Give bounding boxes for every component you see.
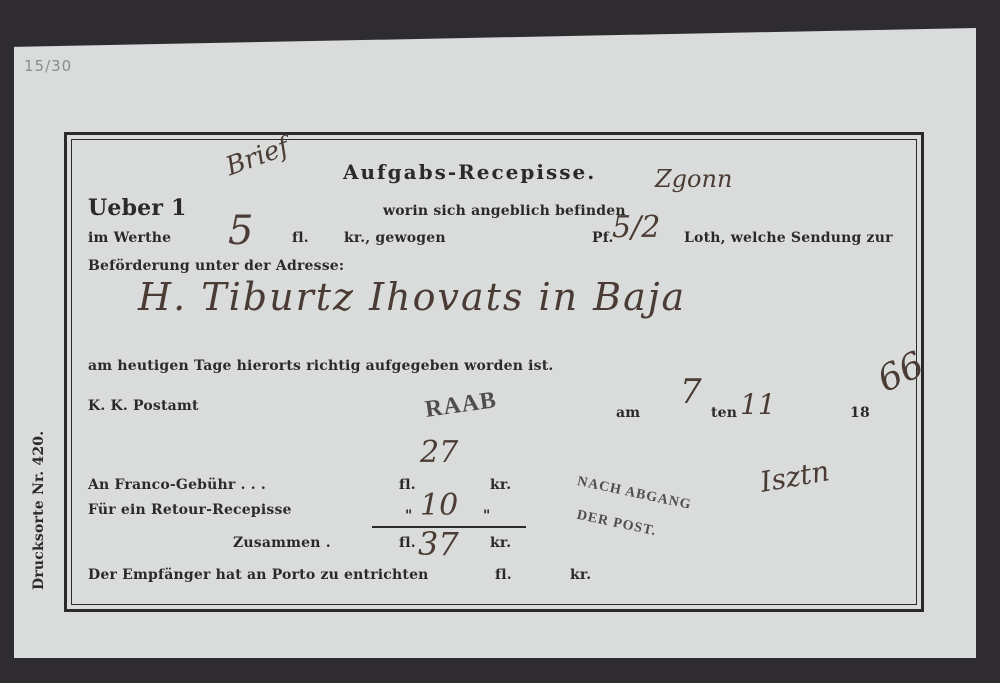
zusammen-fl: fl. xyxy=(399,535,416,551)
hw-total: 37 xyxy=(418,525,459,563)
hw-day: 7 xyxy=(680,372,702,412)
label-year: 18 xyxy=(850,405,870,421)
label-loth: Loth, welche Sendung zur xyxy=(684,230,893,246)
zusammen-kr: kr. xyxy=(490,535,511,551)
form-number: Drucksorte Nr. 420. xyxy=(31,431,47,590)
hw-address: H. Tiburtz Ihovats in Baja xyxy=(138,275,686,319)
franco-fl: fl. xyxy=(399,477,416,493)
label-werthe: im Werthe xyxy=(88,230,171,246)
hw-retour: 10 xyxy=(420,488,458,523)
empfaenger-kr: kr. xyxy=(570,567,591,583)
label-pf: Pf. xyxy=(592,230,614,246)
label-address: Beförderung unter der Adresse: xyxy=(88,258,344,274)
label-fl: fl. xyxy=(292,230,309,246)
form-title: Aufgabs-Recepisse. xyxy=(343,160,596,184)
retour-ditto-fl: " xyxy=(405,508,413,524)
label-zusammen: Zusammen . xyxy=(233,535,331,551)
label-contents: worin sich angeblich befinden xyxy=(383,203,626,219)
label-empfaenger: Der Empfänger hat an Porto zu entrichten xyxy=(88,567,429,583)
empfaenger-fl: fl. xyxy=(495,567,512,583)
label-ten: ten xyxy=(711,405,737,421)
label-franco: An Franco-Gebühr . . . xyxy=(88,477,266,493)
hw-contents: Zgonn xyxy=(655,165,732,193)
hw-month: 11 xyxy=(740,388,776,421)
hw-franco: 27 xyxy=(420,435,458,470)
label-postamt: K. K. Postamt xyxy=(88,398,199,414)
label-retour: Für ein Retour-Recepisse xyxy=(88,502,292,518)
hw-weight: 5/2 xyxy=(612,210,660,245)
pencil-note: 15/30 xyxy=(24,57,72,75)
label-accepted: am heutigen Tage hierorts richtig aufgeg… xyxy=(88,358,554,374)
retour-ditto-kr: " xyxy=(483,508,491,524)
hw-value: 5 xyxy=(228,208,253,254)
label-kr-gewogen: kr., gewogen xyxy=(344,230,446,246)
franco-kr: kr. xyxy=(490,477,511,493)
label-am: am xyxy=(616,405,640,421)
label-ueber: Ueber 1 xyxy=(88,195,187,221)
